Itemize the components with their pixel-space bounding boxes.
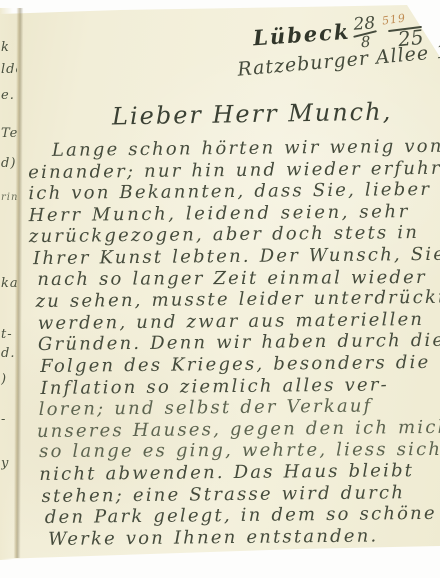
date-fraction: 28 8 bbox=[351, 15, 379, 51]
letter-line: so lange es ging, wehrte, liess sich bbox=[31, 439, 435, 463]
salutation: Lieber Herr Munch, bbox=[112, 98, 393, 131]
letter-scan: k lde e. Tel d) rina ka t- d. ) - y Lübe… bbox=[0, 0, 440, 578]
letter-body: Lange schon hörten wir wenig von einande… bbox=[28, 136, 436, 550]
margin-fragment: e. bbox=[1, 88, 17, 103]
letter-line: Ihrer Kunst lebten. Der Wunsch, Sie bbox=[29, 244, 433, 270]
letter-line: Werke von Ihnen entstanden. bbox=[32, 525, 436, 551]
letter-line: nach so langer Zeit einmal wieder bbox=[29, 267, 433, 291]
letter-line: Inflation so ziemlich alles ver- bbox=[30, 373, 434, 399]
margin-fragment: lde bbox=[1, 62, 17, 77]
margin-fragment: Tel bbox=[1, 126, 17, 141]
margin-fragment: k bbox=[1, 40, 17, 55]
